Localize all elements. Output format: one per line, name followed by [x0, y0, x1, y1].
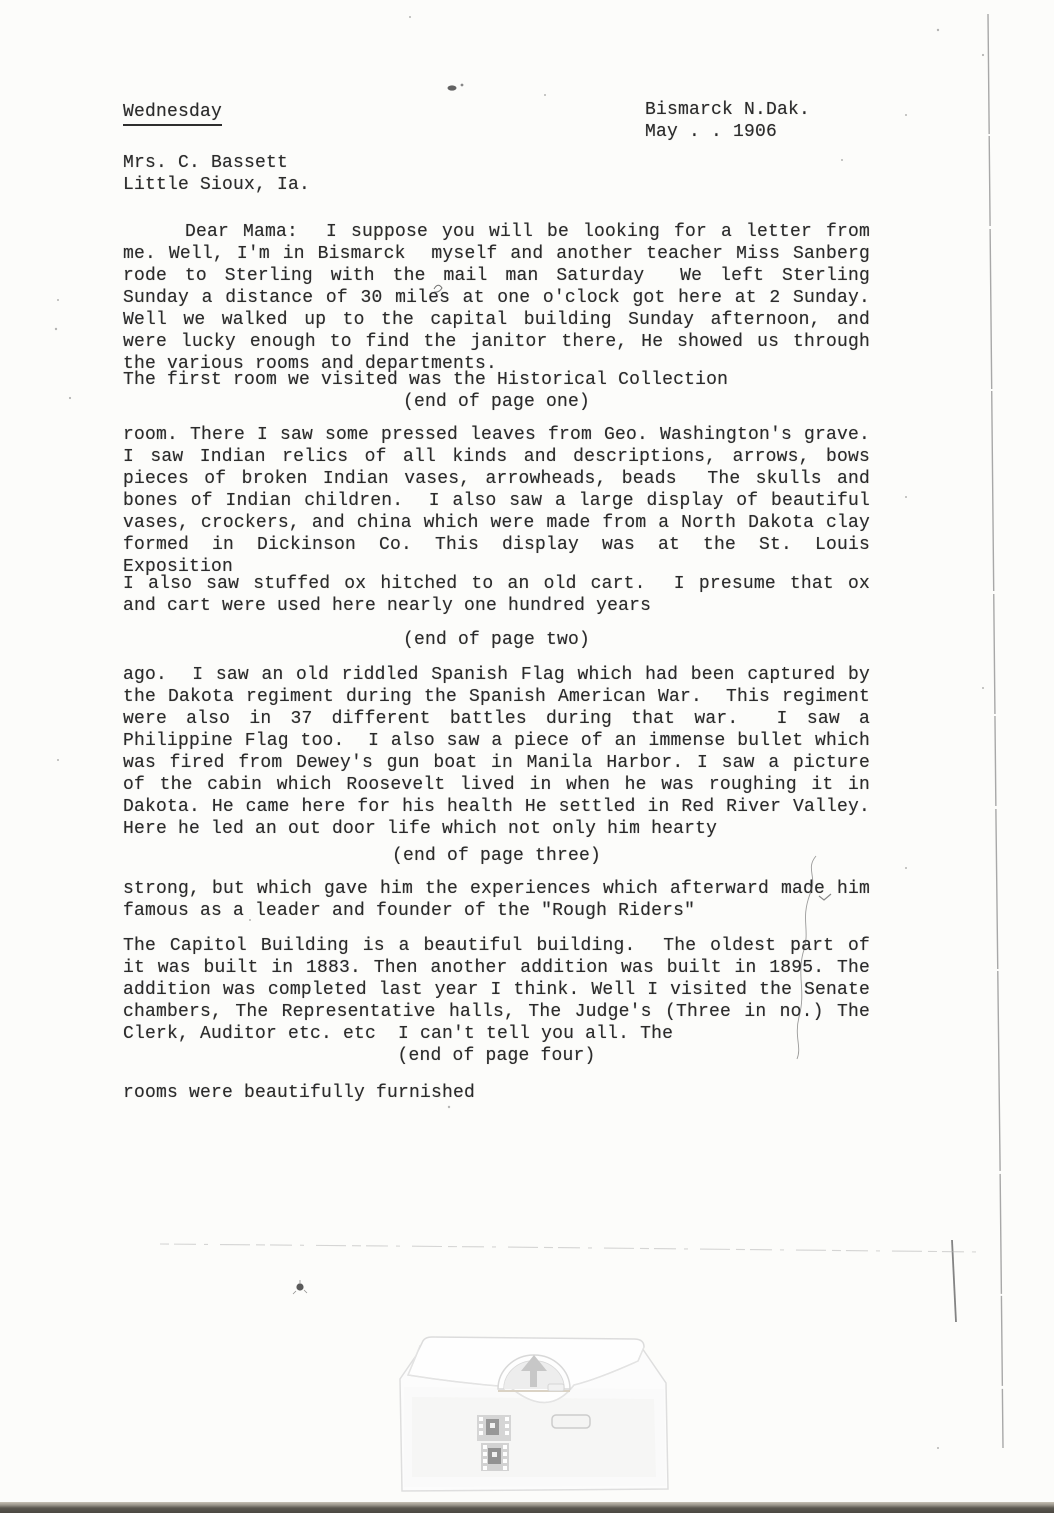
letter-line: chambers, The Representative halls, The …: [123, 1001, 870, 1023]
letter-line: bones of Indian children. I also saw a l…: [123, 490, 870, 512]
letter-line: The first room we visited was the Histor…: [123, 369, 870, 391]
paragraph: The Capitol Building is a beautiful buil…: [123, 935, 870, 1045]
letter-line: and cart were used here nearly one hundr…: [123, 595, 870, 617]
letter-line: vases, crockers, and china which were ma…: [123, 512, 870, 534]
letter-place-line: Bismarck N.Dak.: [645, 99, 810, 121]
letter-line: formed in Dickinson Co. This display was…: [123, 534, 870, 556]
paragraph: rooms were beautifully furnished: [123, 1082, 870, 1104]
paragraph: ago. I saw an old riddled Spanish Flag w…: [123, 664, 870, 840]
letter-day-heading: Wednesday: [123, 101, 222, 126]
paragraph: I also saw stuffed ox hitched to an old …: [123, 573, 870, 617]
page-break-note: (end of page two): [123, 629, 870, 651]
letter-line: Clerk, Auditor etc. etc I can't tell you…: [123, 1023, 870, 1045]
letter-line: Here he led an out door life which not o…: [123, 818, 870, 840]
scanned-letter-page: Wednesday Bismarck N.Dak. May . . 1906 M…: [0, 0, 1054, 1513]
letter-line: the Dakota regiment during the Spanish A…: [123, 686, 870, 708]
letter-line: Well we walked up to the capital buildin…: [123, 309, 870, 331]
letter-line: me. Well, I'm in Bismarck myself and ano…: [123, 243, 870, 265]
recipient-name: Mrs. C. Bassett: [123, 152, 310, 174]
letter-line: room. There I saw some pressed leaves fr…: [123, 424, 870, 446]
letter-line: were also in 37 different battles during…: [123, 708, 870, 730]
letter-body: Dear Mama: I suppose you will be looking…: [123, 221, 870, 1104]
letter-line: rooms were beautifully furnished: [123, 1082, 870, 1104]
letter-place-date: Bismarck N.Dak. May . . 1906: [645, 99, 810, 143]
page-break-note: (end of page four): [123, 1045, 870, 1067]
recipient-address: Little Sioux, Ia.: [123, 174, 310, 196]
letter-line: it was built in 1883. Then another addit…: [123, 957, 870, 979]
letter-line: I also saw stuffed ox hitched to an old …: [123, 573, 870, 595]
page-break-note: (end of page one): [123, 391, 870, 413]
letter-recipient: Mrs. C. Bassett Little Sioux, Ia.: [123, 152, 310, 196]
letter-line: Dakota. He came here for his health He s…: [123, 796, 870, 818]
letter-line: The Capitol Building is a beautiful buil…: [123, 935, 870, 957]
letter-line: strong, but which gave him the experienc…: [123, 878, 870, 900]
paragraph: strong, but which gave him the experienc…: [123, 878, 870, 922]
letter-line: were lucky enough to find the janitor th…: [123, 331, 870, 353]
letter-line: was fired from Dewey's gun boat in Manil…: [123, 752, 870, 774]
letter-line: pieces of broken Indian vases, arrowhead…: [123, 468, 870, 490]
paragraph: The first room we visited was the Histor…: [123, 369, 870, 391]
letter-line: Sunday a distance of 30 miles at one o'c…: [123, 287, 870, 309]
page-break-note: (end of page three): [123, 845, 870, 867]
letter-line: Philippine Flag too. I also saw a piece …: [123, 730, 870, 752]
letter-line: I saw Indian relics of all kinds and des…: [123, 446, 870, 468]
letter-line: ago. I saw an old riddled Spanish Flag w…: [123, 664, 870, 686]
letter-line: of the cabin which Roosevelt lived in wh…: [123, 774, 870, 796]
letter-line: rode to Sterling with the mail man Satur…: [123, 265, 870, 287]
paragraph: Dear Mama: I suppose you will be looking…: [123, 221, 870, 375]
paragraph: room. There I saw some pressed leaves fr…: [123, 424, 870, 578]
letter-line: Dear Mama: I suppose you will be looking…: [123, 221, 870, 243]
letter-line: famous as a leader and founder of the "R…: [123, 900, 870, 922]
scanner-edge-bar: [0, 1502, 1054, 1513]
microfilm-cartridge-watermark-icon: [398, 1326, 690, 1496]
letter-line: addition was completed last year I think…: [123, 979, 870, 1001]
letter-date-line: May . . 1906: [645, 121, 810, 143]
